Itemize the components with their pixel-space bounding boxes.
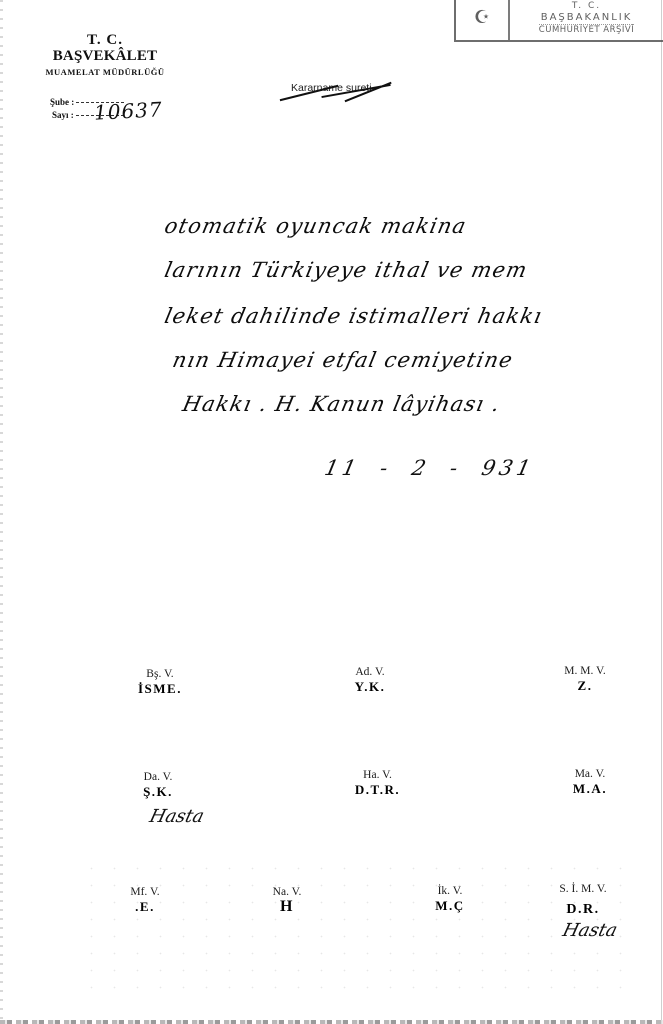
minister-role: İk. V. bbox=[425, 884, 475, 898]
letterhead-title: BAŞVEKÂLET bbox=[30, 48, 180, 65]
scan-edge-right bbox=[661, 0, 662, 1024]
document-type-label: Kararname sureti bbox=[291, 82, 372, 94]
minister-initials: İSME. bbox=[120, 681, 200, 697]
sayi-handwritten-number: 10637 bbox=[93, 97, 163, 125]
minister-mf-v: Mf. V. .E. bbox=[120, 885, 170, 915]
minister-da-v: Da. V. Ş.K. Hasta bbox=[128, 770, 188, 827]
minister-role: Bş. V. bbox=[120, 667, 200, 681]
archive-stamp: ☪ T. C. BAŞBAKANLIK CUMHURİYET ARŞİVİ bbox=[454, 0, 663, 42]
minister-note-hasta: Hasta bbox=[549, 920, 630, 941]
minister-role: Mf. V. bbox=[120, 885, 170, 899]
minister-initials: .E. bbox=[120, 899, 170, 915]
body-line: Hakkı . H. Kanun lâyihası . bbox=[180, 392, 502, 416]
minister-note-hasta: Hasta bbox=[147, 806, 190, 827]
minister-role: Da. V. bbox=[128, 770, 188, 784]
letterhead: T. C. BAŞVEKÂLET MUAMELAT MÜDÜRLÜĞÜ bbox=[30, 32, 180, 79]
minister-initials: Ş.K. bbox=[128, 784, 188, 800]
minister-bs-v: Bş. V. İSME. bbox=[120, 667, 200, 697]
minister-initials: M.Ç bbox=[425, 898, 475, 914]
body-line: otomatik oyuncak makina bbox=[162, 214, 469, 238]
minister-ik-v: İk. V. M.Ç bbox=[425, 884, 475, 914]
archive-stamp-line2: CUMHURİYET ARŞİVİ bbox=[539, 24, 634, 36]
document-type-struck: Kararname sureti bbox=[291, 82, 372, 94]
minister-initials: D.R. bbox=[538, 902, 628, 918]
minister-ma-v: Ma. V. M.A. bbox=[560, 767, 620, 797]
archive-stamp-text: T. C. BAŞBAKANLIK CUMHURİYET ARŞİVİ bbox=[510, 0, 663, 40]
minister-initials: M.A. bbox=[560, 781, 620, 797]
scanned-document-page: T. C. BAŞVEKÂLET MUAMELAT MÜDÜRLÜĞÜ Şube… bbox=[0, 0, 663, 1024]
scan-edge-left bbox=[0, 0, 3, 1024]
sube-label: Şube : bbox=[50, 97, 74, 107]
scan-edge-bottom bbox=[0, 1020, 663, 1024]
letterhead-tc: T. C. bbox=[30, 32, 180, 48]
minister-role: M. M. V. bbox=[545, 664, 625, 678]
minister-ha-v: Ha. V. D.T.R. bbox=[340, 768, 415, 798]
minister-sim-v: S. İ. M. V. D.R. Hasta bbox=[538, 882, 628, 941]
archive-stamp-tc: T. C. bbox=[572, 2, 601, 11]
handwritten-date: 11 - 2 - 931 bbox=[322, 456, 536, 480]
minister-initials: D.T.R. bbox=[340, 782, 415, 798]
sayi-label: Sayı : bbox=[52, 110, 74, 120]
minister-initials: H bbox=[262, 899, 312, 915]
minister-initials: Z. bbox=[545, 678, 625, 694]
body-line: larının Türkiyeye ithal ve mem bbox=[162, 258, 530, 282]
minister-role: Ad. V. bbox=[335, 665, 405, 679]
minister-initials: Y.K. bbox=[335, 679, 405, 695]
archive-stamp-line1: BAŞBAKANLIK bbox=[541, 11, 633, 24]
minister-role: Na. V. bbox=[262, 885, 312, 899]
body-line: leket dahilinde istimalleri hakkı bbox=[162, 304, 544, 328]
body-line: nın Himayei etfal cemiyetine bbox=[170, 348, 515, 372]
minister-na-v: Na. V. H bbox=[262, 885, 312, 915]
minister-role: Ma. V. bbox=[560, 767, 620, 781]
letterhead-department: MUAMELAT MÜDÜRLÜĞÜ bbox=[30, 66, 180, 79]
minister-role: Ha. V. bbox=[340, 768, 415, 782]
crescent-star-icon: ☪ bbox=[456, 0, 510, 40]
minister-role: S. İ. M. V. bbox=[538, 882, 628, 896]
minister-ad-v: Ad. V. Y.K. bbox=[335, 665, 405, 695]
minister-mm-v: M. M. V. Z. bbox=[545, 664, 625, 694]
